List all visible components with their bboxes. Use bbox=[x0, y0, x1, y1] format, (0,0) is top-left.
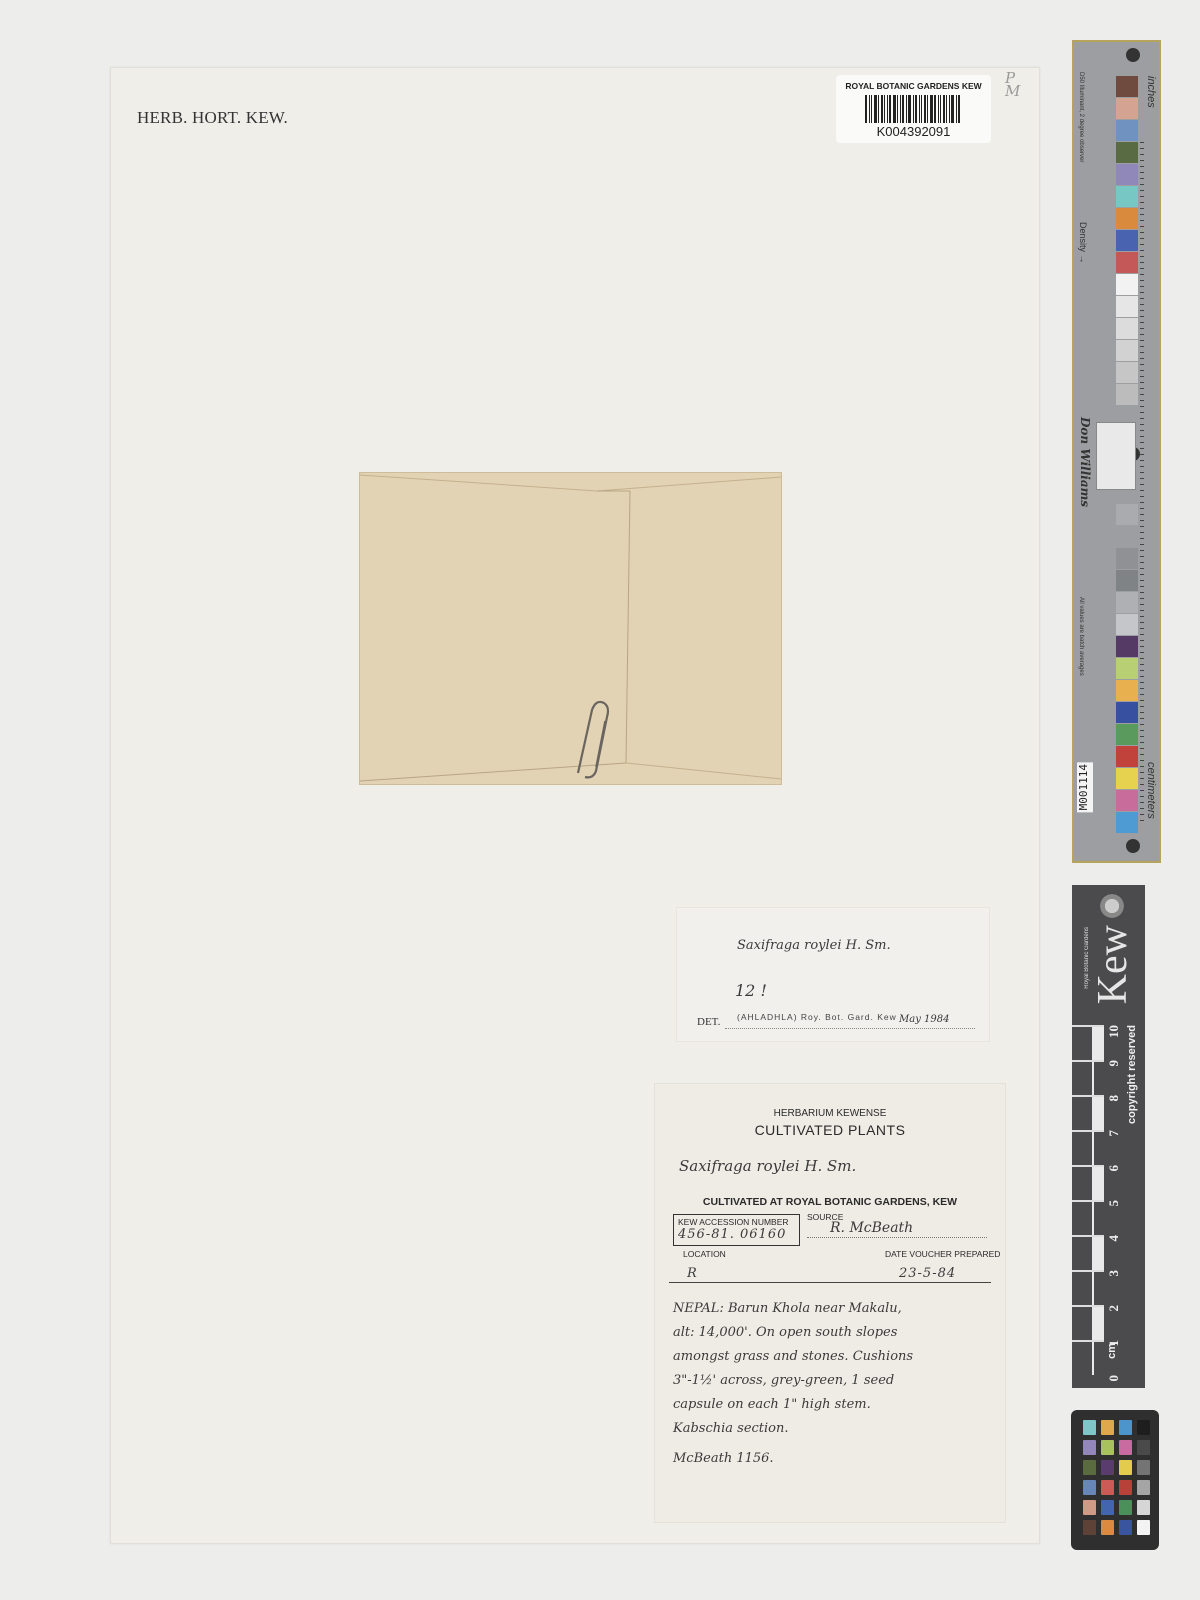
determiner: (AHLADHLA) Roy. Bot. Gard. Kew bbox=[737, 1012, 897, 1022]
checker-patch bbox=[1083, 1520, 1096, 1535]
checker-patch bbox=[1119, 1440, 1132, 1455]
collector-number: McBeath 1156. bbox=[673, 1451, 774, 1466]
barcode-bar bbox=[913, 95, 914, 123]
specimen-envelope bbox=[359, 472, 782, 785]
checker-patch bbox=[1101, 1500, 1114, 1515]
color-swatch bbox=[1116, 318, 1138, 339]
checker-patch bbox=[1137, 1500, 1150, 1515]
barcode-bar bbox=[878, 95, 879, 123]
scale-number: 6 bbox=[1106, 1165, 1124, 1172]
color-ruler: inches centimeters D50 Illuminant, 2 deg… bbox=[1072, 40, 1161, 863]
scale-segment bbox=[1072, 1130, 1104, 1165]
cultivated-plants-label: HERBARIUM KEWENSE CULTIVATED PLANTS Saxi… bbox=[654, 1083, 1006, 1523]
barcode-bar bbox=[865, 95, 867, 123]
color-swatch bbox=[1116, 164, 1138, 185]
barcode-bar bbox=[956, 95, 957, 123]
scale-segment bbox=[1072, 1305, 1104, 1340]
cultivated-at: CULTIVATED AT ROYAL BOTANIC GARDENS, KEW bbox=[655, 1196, 1005, 1208]
color-swatch bbox=[1116, 768, 1138, 789]
color-swatch bbox=[1116, 230, 1138, 251]
collection-notes: NEPAL: Barun Khola near Makalu, alt: 14,… bbox=[673, 1297, 998, 1441]
barcode-bar bbox=[949, 95, 950, 123]
color-checker-grid bbox=[1083, 1420, 1150, 1535]
color-swatch bbox=[1116, 76, 1138, 97]
ruler-accession-tag: M001114 bbox=[1077, 762, 1093, 812]
checker-patch bbox=[1101, 1520, 1114, 1535]
scale-number: 8 bbox=[1106, 1095, 1124, 1102]
kew-subtitle: Royal Botanic Gardens bbox=[1084, 927, 1090, 989]
scale-number: 4 bbox=[1106, 1235, 1124, 1242]
color-swatch bbox=[1116, 680, 1138, 701]
barcode-bar bbox=[934, 95, 936, 123]
barcode-bar bbox=[943, 95, 945, 123]
checker-patch bbox=[1083, 1480, 1096, 1495]
scale-segment bbox=[1072, 1165, 1104, 1200]
det-prefix: DET. bbox=[697, 1016, 720, 1028]
label-divider bbox=[669, 1282, 991, 1283]
checker-patch bbox=[1137, 1480, 1150, 1495]
corner-initials: P M bbox=[1005, 72, 1031, 98]
det-dotted-line bbox=[725, 1028, 975, 1029]
checker-patch bbox=[1119, 1460, 1132, 1475]
ruler-brand: Don Williams bbox=[1078, 417, 1092, 507]
checker-patch bbox=[1119, 1420, 1132, 1435]
barcode-icon bbox=[864, 95, 964, 123]
checker-patch bbox=[1083, 1500, 1096, 1515]
det-date: May 1984 bbox=[899, 1014, 949, 1025]
location-heading: LOCATION bbox=[683, 1249, 726, 1259]
ruler-illuminant-caption: D50 Illuminant, 2 degree observer bbox=[1078, 72, 1084, 162]
scale-bars bbox=[1072, 1025, 1104, 1380]
location-value: R bbox=[687, 1266, 697, 1281]
checker-patch bbox=[1137, 1440, 1150, 1455]
checker-patch bbox=[1119, 1480, 1132, 1495]
resolution-target bbox=[1096, 422, 1136, 490]
color-swatch bbox=[1116, 142, 1138, 163]
kew-wordmark: Kew bbox=[1092, 925, 1134, 1004]
barcode-bar bbox=[946, 95, 947, 123]
checker-patch bbox=[1137, 1420, 1150, 1435]
barcode-bar bbox=[889, 95, 891, 123]
barcode-bar bbox=[871, 95, 872, 123]
barcode-label: ROYAL BOTANIC GARDENS KEW K004392091 bbox=[836, 75, 991, 143]
checker-patch bbox=[1101, 1480, 1114, 1495]
barcode-institution: ROYAL BOTANIC GARDENS KEW bbox=[836, 81, 991, 91]
checker-patch bbox=[1083, 1460, 1096, 1475]
ruler-hole-icon bbox=[1126, 48, 1140, 62]
scale-number: 3 bbox=[1106, 1270, 1124, 1277]
scale-segment bbox=[1072, 1025, 1104, 1060]
scale-segment bbox=[1072, 1270, 1104, 1305]
barcode-bar bbox=[915, 95, 917, 123]
label-taxon: Saxifraga roylei H. Sm. bbox=[679, 1157, 856, 1175]
color-swatch bbox=[1116, 384, 1138, 405]
barcode-bar bbox=[927, 95, 928, 123]
date-value: 23-5-84 bbox=[899, 1266, 956, 1281]
accession-number: 456-81. 06160 bbox=[678, 1227, 786, 1242]
scale-number: 2 bbox=[1106, 1305, 1124, 1312]
barcode-bar bbox=[924, 95, 926, 123]
color-swatch bbox=[1116, 592, 1138, 613]
scale-number: 7 bbox=[1106, 1130, 1124, 1137]
barcode-bar bbox=[874, 95, 877, 123]
barcode-bar bbox=[906, 95, 907, 123]
color-swatch bbox=[1116, 636, 1138, 657]
barcode-bar bbox=[908, 95, 911, 123]
color-swatch bbox=[1116, 790, 1138, 811]
label-title: CULTIVATED PLANTS bbox=[655, 1122, 1005, 1138]
barcode-bar bbox=[930, 95, 933, 123]
barcode-bar bbox=[900, 95, 901, 123]
color-swatch bbox=[1116, 340, 1138, 361]
scale-segment bbox=[1072, 1200, 1104, 1235]
barcode-bar bbox=[902, 95, 904, 123]
scale-segment bbox=[1072, 1060, 1104, 1095]
color-swatch bbox=[1116, 724, 1138, 745]
checker-patch bbox=[1101, 1420, 1114, 1435]
barcode-bar bbox=[940, 95, 941, 123]
accession-heading: KEW ACCESSION NUMBER bbox=[678, 1217, 789, 1227]
barcode-bar bbox=[921, 95, 922, 123]
barcode-bar bbox=[869, 95, 870, 123]
ruler-unit-top: inches bbox=[1145, 76, 1157, 108]
color-swatch bbox=[1116, 296, 1138, 317]
det-taxon: Saxifraga roylei H. Sm. bbox=[737, 938, 891, 953]
color-swatch bbox=[1116, 658, 1138, 679]
color-swatch bbox=[1116, 98, 1138, 119]
copyright-notice: copyright reserved bbox=[1126, 1025, 1138, 1124]
scale-number: 9 bbox=[1106, 1060, 1124, 1067]
barcode-number: K004392091 bbox=[836, 124, 991, 139]
checker-patch bbox=[1137, 1460, 1150, 1475]
color-swatch bbox=[1116, 526, 1138, 547]
color-swatch bbox=[1116, 274, 1138, 295]
color-swatch bbox=[1116, 812, 1138, 833]
checker-patch bbox=[1119, 1520, 1132, 1535]
color-swatch bbox=[1116, 208, 1138, 229]
checker-patch bbox=[1101, 1440, 1114, 1455]
det-number: 12 ! bbox=[735, 981, 767, 1000]
determination-label: Saxifraga roylei H. Sm. 12 ! DET. (AHLAD… bbox=[676, 907, 990, 1042]
color-swatch bbox=[1116, 746, 1138, 767]
scale-number: 5 bbox=[1106, 1200, 1124, 1207]
date-heading: DATE VOUCHER PREPARED bbox=[885, 1249, 1000, 1259]
color-swatch bbox=[1116, 702, 1138, 723]
checker-patch bbox=[1101, 1460, 1114, 1475]
scale-numbers: 109876543210 bbox=[1106, 1025, 1124, 1375]
scale-segment bbox=[1072, 1235, 1104, 1270]
barcode-bar bbox=[881, 95, 883, 123]
checker-patch bbox=[1083, 1420, 1096, 1435]
color-swatch bbox=[1116, 570, 1138, 591]
label-institution: HERBARIUM KEWENSE bbox=[655, 1108, 1005, 1119]
source-value: R. McBeath bbox=[830, 1220, 913, 1236]
scale-segment bbox=[1072, 1095, 1104, 1130]
checker-patch bbox=[1137, 1520, 1150, 1535]
ruler-unit-bottom: centimeters bbox=[1145, 762, 1157, 819]
accession-box: KEW ACCESSION NUMBER 456-81. 06160 bbox=[673, 1214, 800, 1246]
ruler-density-label: Density → bbox=[1078, 222, 1088, 264]
color-swatch bbox=[1116, 504, 1138, 525]
scale-segment bbox=[1072, 1340, 1104, 1375]
ruler-ticks bbox=[1140, 142, 1144, 822]
color-swatch bbox=[1116, 548, 1138, 569]
checker-patch bbox=[1083, 1440, 1096, 1455]
scale-number: 10 bbox=[1106, 1025, 1124, 1038]
color-swatch bbox=[1116, 362, 1138, 383]
barcode-bar bbox=[951, 95, 954, 123]
envelope-fold-lines bbox=[360, 473, 781, 784]
barcode-bar bbox=[897, 95, 898, 123]
barcode-bar bbox=[893, 95, 896, 123]
herbarium-header: HERB. HORT. KEW. bbox=[137, 108, 288, 128]
color-swatch bbox=[1116, 120, 1138, 141]
ruler-hole-icon bbox=[1126, 839, 1140, 853]
barcode-bar bbox=[938, 95, 939, 123]
color-swatch bbox=[1116, 186, 1138, 207]
color-checker-card bbox=[1071, 1410, 1159, 1550]
scale-number: 0 bbox=[1106, 1375, 1124, 1382]
barcode-bar bbox=[887, 95, 888, 123]
kew-scale-bar: Kew Royal Botanic Gardens copyright rese… bbox=[1072, 885, 1145, 1388]
color-swatch bbox=[1116, 252, 1138, 273]
ruler-values-note: All values are batch averages bbox=[1078, 597, 1084, 676]
barcode-bar bbox=[958, 95, 960, 123]
barcode-bar bbox=[884, 95, 885, 123]
kew-crest-icon bbox=[1094, 891, 1130, 921]
checker-patch bbox=[1119, 1500, 1132, 1515]
scale-unit: cm bbox=[1106, 1343, 1118, 1359]
color-swatch bbox=[1116, 614, 1138, 635]
barcode-bar bbox=[919, 95, 920, 123]
source-dotted-line bbox=[807, 1237, 987, 1238]
